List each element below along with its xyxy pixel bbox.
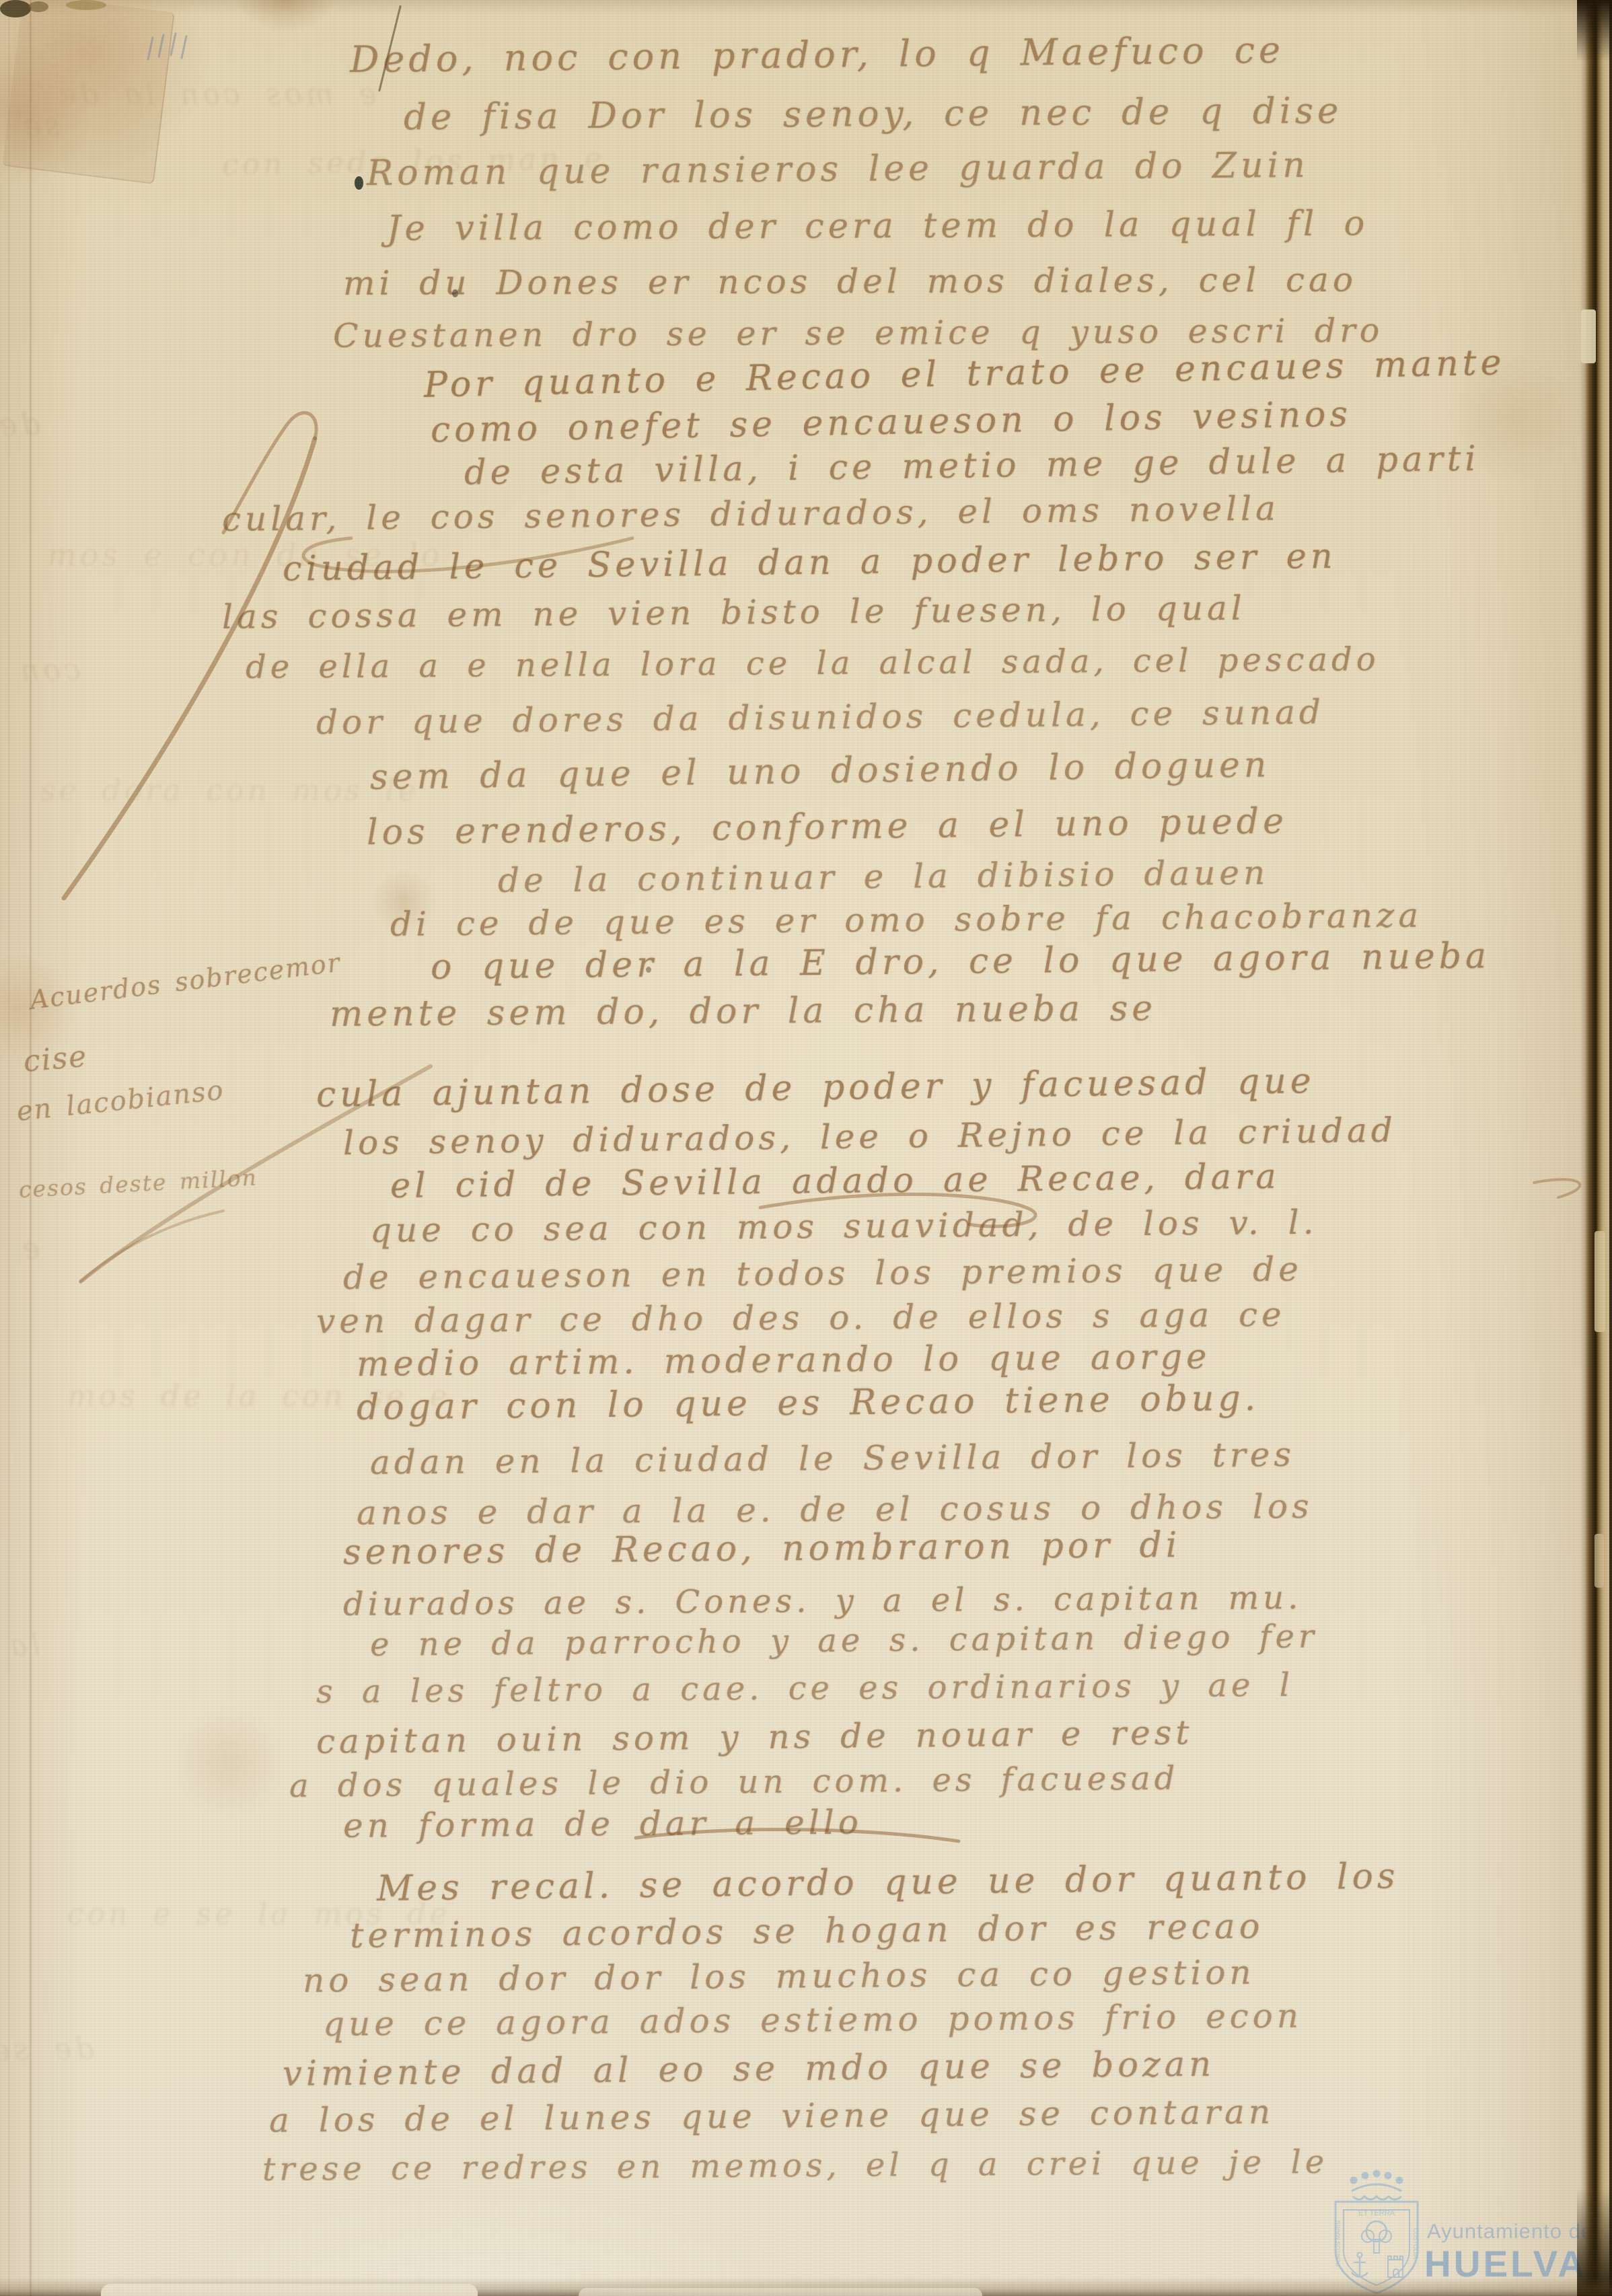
manuscript-page-scan: se con mos de la dorcon sede los man ee … (0, 0, 1612, 2296)
debris-spot (0, 0, 31, 17)
manuscript-line: s a les feltro a cae. ce es ordinarios y… (316, 1666, 1294, 1710)
manuscript-line: Dedo, noc con prador, lo q Maefuco ce (350, 28, 1285, 81)
manuscript-line: las cossa em ne vien bisto le fuesen, lo… (222, 589, 1246, 636)
manuscript-line: de esta villa, i ce metio me ge dule a p… (464, 439, 1480, 493)
manuscript-line: de ella a e nella lora ce la alcal sada,… (246, 640, 1380, 686)
archive-watermark: ET TERRA PORTUS MARIS CUSTODIA Ayuntamie… (1295, 2170, 1605, 2296)
huelva-coat-of-arms: ET TERRA PORTUS MARIS CUSTODIA (1295, 2170, 1605, 2296)
manuscript-line: ven dagar ce dho des o. de ellos s aga c… (316, 1295, 1286, 1341)
manuscript-line: cular, le cos senores didurados, el oms … (222, 489, 1280, 539)
manuscript-line: a los de el lunes que viene que se conta… (269, 2092, 1274, 2140)
manuscript-line: de encaueson en todos los premios que de (343, 1250, 1303, 1297)
manuscript-line: que ce agora ados estiemo pomos frio eco… (323, 1996, 1303, 2044)
manuscript-line: que co sea con mos suavidad, de los v. l… (370, 1203, 1318, 1250)
scan-edge-line (1609, 0, 1612, 2296)
manuscript-line: cula ajuntan dose de poder y facuesad qu… (316, 1062, 1315, 1116)
margin-note-line: Acuerdos sobrecemor (28, 947, 342, 1014)
margin-note-line: en lacobianso (15, 1075, 226, 1127)
manuscript-line: ciudad le ce Sevilla dan a poder lebro s… (283, 537, 1337, 589)
page-stack-edge (1580, 0, 1612, 2296)
ink-smudge (235, 0, 336, 32)
manuscript-line: a dos quales le dio un com. es facuesad (289, 1759, 1179, 1805)
manuscript-line: Por quanto e Recao el trato ee encaues m… (423, 343, 1506, 406)
fiber-mark (378, 5, 402, 92)
corner-shadow-top-right (1577, 0, 1612, 62)
manuscript-line: e ne da parrocho y ae s. capitan diego f… (370, 1617, 1318, 1663)
manuscript-line: en forma de dar a ello (343, 1803, 863, 1845)
debris-spot (66, 0, 106, 10)
page-bottom-edge (0, 2277, 1612, 2296)
bleed-through-line: de mos e con seda la (0, 406, 40, 449)
manuscript-line: dogar con lo que es Recao tiene obug. (357, 1378, 1260, 1428)
ink-dot (355, 176, 363, 190)
manuscript-line: de fisa Dor los senoy, ce nec de q dise (404, 90, 1343, 138)
watermark-org-name: Ayuntamiento de (1427, 2219, 1593, 2244)
corner-shadow-bottom-right (1577, 2188, 1612, 2296)
manuscript-line: como onefet se encaueson o los vesinos (430, 394, 1352, 451)
manuscript-line: mi du Dones er ncos del mos diales, cel … (343, 260, 1357, 303)
manuscript-line: vimiente dad al eo se mdo que se bozan (283, 2045, 1216, 2095)
manuscript-line: no sean dor dor los muchos ca co gestion (303, 1953, 1255, 2000)
bleed-through-line: la de con mos se (0, 1628, 40, 1668)
manuscript-line: dor que dores da disunidos cedula, ce su… (316, 692, 1325, 742)
margin-note-line: cesos deste millon (18, 1164, 258, 1203)
manuscript-line: Roman que ransieros lee guarda do Zuin (367, 145, 1309, 194)
bleed-through-line: mos e con da se lo (47, 537, 443, 573)
bleed-through-line: se dora con mos le (40, 774, 419, 808)
pencil-mark (149, 32, 223, 63)
manuscript-line: trese ce redres en memos, el q a crei qu… (262, 2143, 1329, 2188)
bleed-through-line: con e se la mos de (67, 1897, 450, 1931)
fold-line (30, 0, 32, 2296)
manuscript-line: medio artim. moderando lo que aorge (357, 1337, 1211, 1384)
watermark-city-name: HUELVA (1424, 2242, 1587, 2285)
bleed-through-line: con sede los man e (222, 141, 606, 182)
manuscript-line: Mes recal. se acordo que ue dor quanto l… (377, 1857, 1399, 1910)
manuscript-line: el cid de Sevilla adado ae Recae, dara (390, 1157, 1280, 1206)
shield-motto-right: CUSTODIA (1412, 2228, 1419, 2259)
manuscript-line: di ce de que es er omo sobre fa chacobra… (390, 896, 1423, 944)
manuscript-line: los erenderos, conforme a el uno puede (367, 802, 1288, 854)
manuscript-line: anos e dar a la e. de el cosus o dhos lo… (357, 1487, 1313, 1532)
manuscript-line: diurados ae s. Cones. y a el s. capitan … (343, 1579, 1303, 1623)
edge-notch (1581, 309, 1596, 363)
pen-flourishes (0, 0, 1612, 2296)
debris-spot (28, 1, 48, 12)
manuscript-line: terminos acordos se hogan dor es recao (350, 1907, 1264, 1956)
bleed-through-line: se con mos de la dor (0, 106, 61, 150)
margin-note-line: cise (22, 1039, 89, 1079)
bleed-through-line: e con se mos dora (0, 1230, 40, 1273)
manuscript-line: Je villa como der cera tem do la qual fl… (387, 205, 1368, 250)
scan-texture (0, 0, 1612, 2296)
manuscript-line: o que der a la E dro, ce lo que agora nu… (431, 936, 1491, 988)
bleed-through-line: e mos con la de (55, 77, 377, 112)
manuscript-line: adan en la ciudad le Sevilla dor los tre… (370, 1435, 1296, 1482)
bleed-through-line: de se mos con la e (0, 2032, 94, 2073)
paper-patch (2, 0, 175, 184)
manuscript-line: mente sem do, dor la cha nueba se (330, 989, 1157, 1035)
shield-motto-top: ET TERRA (1358, 2209, 1395, 2217)
ink-dot (646, 967, 651, 973)
ink-dot (452, 289, 458, 297)
shield-motto-left: PORTUS MARIS (1335, 2221, 1342, 2266)
manuscript-line: Cuestanen dro se er se emice q yuso escr… (333, 311, 1383, 355)
manuscript-line: los senoy didurados, lee o Rejno ce la c… (343, 1111, 1397, 1162)
underpage-edge (579, 2288, 982, 2296)
manuscript-line: senores de Recao, nombraron por di (343, 1526, 1181, 1573)
edge-notch (1595, 1231, 1605, 1332)
bleed-through-line: con la de mos e don (0, 653, 81, 694)
underpage-edge (101, 2284, 478, 2296)
bleed-through-line: mos de la con se e (67, 1379, 450, 1413)
fold-line-faint (8, 0, 9, 2296)
manuscript-line: de la continuar e la dibisio dauen (498, 853, 1270, 900)
manuscript-line: capitan ouin som y ns de nouar e rest (316, 1713, 1194, 1761)
manuscript-line: sem da que el uno dosiendo lo doguen (370, 745, 1271, 799)
paper-stains (0, 0, 1612, 2296)
edge-notch (1595, 1534, 1604, 1588)
